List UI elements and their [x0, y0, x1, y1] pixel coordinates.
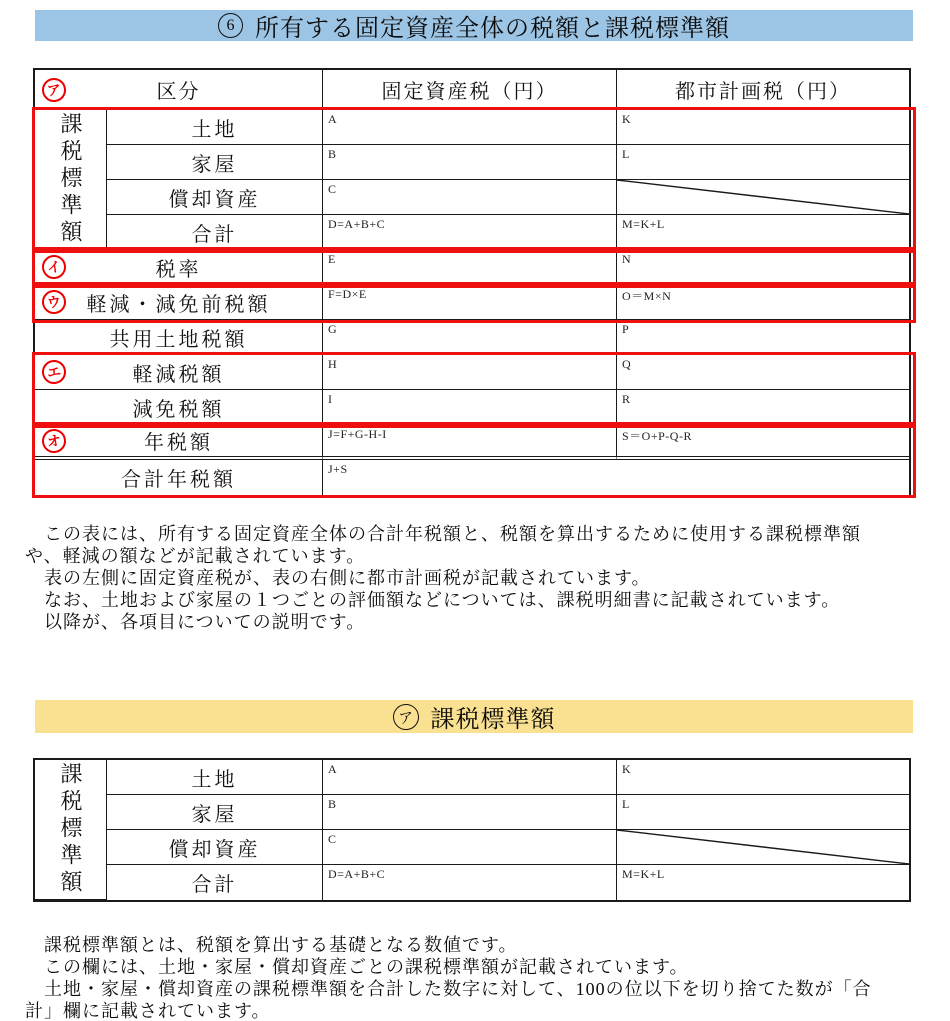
row-label-pre-reduction: ウ 軽減・減免前税額: [35, 285, 323, 320]
cell-formula-M-2: M=K+L: [617, 865, 909, 900]
row-label-exemption: 減免税額: [35, 390, 323, 425]
header-category-cell: ア 区分: [35, 70, 323, 110]
circled-number-6: 6: [218, 13, 243, 38]
cell-formula-A: A: [323, 110, 617, 145]
vertical-label-tax-base-2: 課税標準額: [35, 760, 107, 900]
overall-tax-table: ア 区分 固定資産税（円） 都市計画税（円） 課税標準額 土地 A K 家屋 B…: [33, 68, 911, 497]
header-city-tax: 都市計画税（円）: [617, 70, 909, 110]
cell-formula-F: F=D×E: [323, 285, 617, 320]
row-label-house: 家屋: [107, 145, 323, 180]
header-fixed-tax: 固定資産税（円）: [323, 70, 617, 110]
cell-formula-R: R: [617, 390, 909, 425]
row-label-annual-tax: オ 年税額: [35, 425, 323, 460]
cell-formula-H: H: [323, 355, 617, 390]
row-label-depreciable-2: 償却資産: [107, 830, 323, 865]
cell-formula-J-plus-S: J+S: [323, 460, 909, 495]
marker-circle-e: エ: [40, 358, 67, 385]
cell-formula-I: I: [323, 390, 617, 425]
cell-not-applicable-diagonal-2: [617, 830, 909, 865]
circled-kana-a-icon: ア: [391, 702, 420, 731]
cell-formula-D: D=A+B+C: [323, 215, 617, 250]
row-label-reduction: エ 軽減税額: [35, 355, 323, 390]
row-label-house-2: 家屋: [107, 795, 323, 830]
row-label-shared-land: 共用土地税額: [35, 320, 323, 355]
note-line: 土地・家屋・償却資産の課税標準額を合計した数字に対して、100の位以下を切り捨て…: [25, 978, 927, 1000]
section1-notes: この表には、所有する固定資産全体の合計年税額と、税額を算出するために使用する課税…: [25, 523, 927, 633]
vertical-label-tax-base: 課税標準額: [35, 110, 107, 250]
note-line: 課税標準額とは、税額を算出する基礎となる数値です。: [25, 934, 927, 956]
cell-formula-K: K: [617, 110, 909, 145]
section2-heading-band: ア 課税標準額: [35, 700, 913, 733]
cell-formula-L: L: [617, 145, 909, 180]
cell-formula-P: P: [617, 320, 909, 355]
header-category-label: 区分: [157, 75, 201, 104]
cell-formula-N: N: [617, 250, 909, 285]
tax-base-table: 課税標準額 土地 A K 家屋 B L 償却資産 C 合計 D=A+B+C M=…: [33, 758, 911, 902]
marker-circle-i: イ: [40, 253, 67, 280]
note-line: 表の左側に固定資産税が、表の右側に都市計画税が記載されています。: [25, 567, 927, 589]
cell-formula-O: O＝M×N: [617, 285, 909, 320]
note-line: この表には、所有する固定資産全体の合計年税額と、税額を算出するために使用する課税…: [25, 523, 927, 545]
cell-formula-A-2: A: [323, 760, 617, 795]
marker-circle-u: ウ: [40, 288, 67, 315]
diagonal-line-icon: [617, 830, 909, 864]
row-label-land-2: 土地: [107, 760, 323, 795]
note-line: なお、土地および家屋の１つごとの評価額などについては、課税明細書に記載されていま…: [25, 589, 927, 611]
cell-formula-K-2: K: [617, 760, 909, 795]
note-line: や、軽減の額などが記載されています。: [25, 545, 927, 567]
diagonal-line-icon: [617, 180, 909, 214]
cell-formula-B-2: B: [323, 795, 617, 830]
section1-title: 所有する固定資産全体の税額と課税標準額: [255, 8, 730, 43]
cell-formula-D-2: D=A+B+C: [323, 865, 617, 900]
marker-circle-o: オ: [40, 427, 67, 454]
cell-formula-Q: Q: [617, 355, 909, 390]
cell-not-applicable-diagonal: [617, 180, 909, 215]
tax-rate-label: 税率: [156, 253, 202, 282]
cell-formula-C: C: [323, 180, 617, 215]
marker-circle-a: ア: [40, 76, 67, 103]
tax-statement-guide-page: { "colors": { "section1_band": "#9cc4e4"…: [0, 0, 950, 1021]
row-label-land: 土地: [107, 110, 323, 145]
section2-title: 課税標準額: [431, 699, 556, 734]
cell-formula-B: B: [323, 145, 617, 180]
row-label-subtotal-2: 合計: [107, 865, 323, 900]
cell-formula-E: E: [323, 250, 617, 285]
row-label-depreciable: 償却資産: [107, 180, 323, 215]
row-label-tax-rate: イ 税率: [35, 250, 323, 285]
pre-reduction-label: 軽減・減免前税額: [87, 288, 271, 317]
cell-formula-S: S＝O+P-Q-R: [617, 425, 909, 460]
cell-formula-G: G: [323, 320, 617, 355]
cell-formula-M: M=K+L: [617, 215, 909, 250]
annual-tax-label: 年税額: [144, 426, 213, 455]
cell-formula-C-2: C: [323, 830, 617, 865]
note-line: この欄には、土地・家屋・償却資産ごとの課税標準額が記載されています。: [25, 956, 927, 978]
note-line: 以降が、各項目についての説明です。: [25, 611, 927, 633]
cell-formula-L-2: L: [617, 795, 909, 830]
row-label-total-annual: 合計年税額: [35, 460, 323, 495]
section2-notes: 課税標準額とは、税額を算出する基礎となる数値です。 この欄には、土地・家屋・償却…: [25, 934, 927, 1021]
reduction-label: 軽減税額: [133, 358, 225, 387]
cell-formula-J: J=F+G-H-I: [323, 425, 617, 460]
note-line: 計」欄に記載されています。: [25, 1000, 927, 1021]
row-label-subtotal: 合計: [107, 215, 323, 250]
section1-heading-band: 6 所有する固定資産全体の税額と課税標準額: [35, 10, 913, 41]
